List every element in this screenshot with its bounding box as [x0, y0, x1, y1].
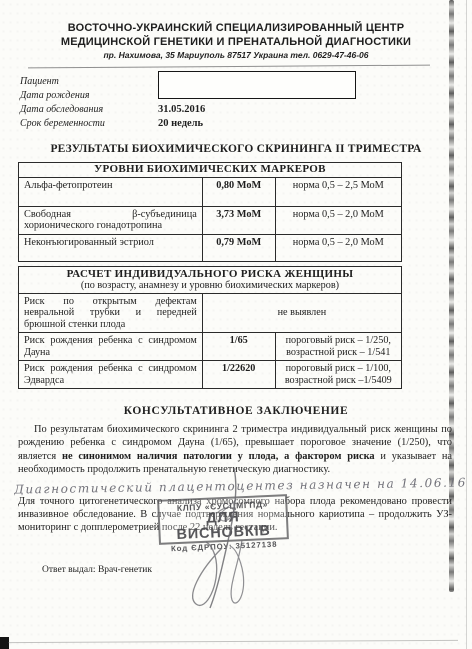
marker-norm: норма 0,5 – 2,0 МоМ	[275, 206, 401, 234]
risk-thresholds: пороговый риск – 1/100, возрастной риск …	[275, 361, 401, 389]
patient-field-value: 31.05.2016	[158, 104, 205, 115]
clinic-name-line1: ВОСТОЧНО-УКРАИНСКИЙ СПЕЦИАЛИЗИРОВАННЫЙ Ц…	[0, 22, 472, 36]
doctor-signature	[172, 462, 292, 617]
markers-table-header-row: УРОВНИ БИОХИМИЧЕСКИХ МАРКЕРОВ	[19, 163, 402, 178]
risk-table-subtitle: (по возрасту, анамнезу и уровню биохимич…	[21, 280, 399, 292]
marker-name: Неконъюгированный эстриол	[19, 234, 203, 261]
conclusion-p1-bold: не синонимом наличия патологии у плода, …	[62, 451, 375, 462]
header-divider	[28, 65, 430, 69]
patient-field-row: Срок беременности 20 недель	[20, 118, 472, 132]
signature-stroke	[230, 540, 244, 603]
marker-norm: норма 0,5 – 2,0 МоМ	[275, 234, 401, 261]
marker-value: 0,79 МоМ	[202, 234, 275, 261]
patient-data-redaction-box	[158, 71, 356, 99]
marker-row: Альфа-фетопротеин 0,80 МоМ норма 0,5 – 2…	[19, 177, 402, 206]
risk-result: не выявлен	[202, 293, 401, 333]
risk-name: Риск рождения ребенка с синдромом Дауна	[19, 333, 203, 361]
conclusion-title: КОНСУЛЬТАТИВНОЕ ЗАКЛЮЧЕНИЕ	[0, 405, 472, 417]
risk-value: 1/22620	[202, 361, 275, 389]
marker-value: 0,80 МоМ	[202, 177, 275, 206]
risk-threshold: пороговый риск – 1/100,	[281, 363, 396, 375]
patient-field-label: Срок беременности	[20, 118, 158, 129]
patient-field-row: Дата обследования 31.05.2016	[20, 104, 472, 118]
risk-age: возрастной риск – 1/541	[281, 347, 396, 359]
risk-row-down: Риск рождения ребенка с синдромом Дауна …	[19, 333, 402, 361]
scanned-document-page: ВОСТОЧНО-УКРАИНСКИЙ СПЕЦИАЛИЗИРОВАННЫЙ Ц…	[0, 0, 472, 649]
risk-table-header-row: РАСЧЕТ ИНДИВИДУАЛЬНОГО РИСКА ЖЕНЩИНЫ (по…	[19, 266, 402, 293]
marker-row: Неконъюгированный эстриол 0,79 МоМ норма…	[19, 234, 402, 261]
marker-row: Свободная β-субъединица хорионического г…	[19, 206, 402, 234]
risk-row-edwards: Риск рождения ребенка с синдромом Эдвард…	[19, 361, 402, 389]
clinic-header: ВОСТОЧНО-УКРАИНСКИЙ СПЕЦИАЛИЗИРОВАННЫЙ Ц…	[0, 0, 472, 60]
patient-field-label: Дата рождения	[20, 90, 158, 101]
clinic-address: пр. Нахимова, 35 Мариуполь 87517 Украина…	[0, 51, 472, 60]
marker-norm: норма 0,5 – 2,5 МоМ	[275, 177, 401, 206]
risk-row-ntd: Риск по открытым дефектам невральной тру…	[19, 293, 402, 333]
risk-name: Риск по открытым дефектам невральной тру…	[19, 293, 203, 333]
patient-field-value: 20 недель	[158, 118, 203, 129]
clinic-name-line2: МЕДИЦИНСКОЙ ГЕНЕТИКИ И ПРЕНАТАЛЬНОЙ ДИАГ…	[0, 36, 472, 50]
risk-threshold: пороговый риск – 1/250,	[281, 335, 396, 347]
risk-table-header-cell: РАСЧЕТ ИНДИВИДУАЛЬНОГО РИСКА ЖЕНЩИНЫ (по…	[19, 266, 402, 293]
risk-table-title: РАСЧЕТ ИНДИВИДУАЛЬНОГО РИСКА ЖЕНЩИНЫ	[21, 269, 399, 281]
marker-name: Альфа-фетопротеин	[19, 177, 203, 206]
patient-field-label: Пациент	[20, 76, 158, 87]
marker-name: Свободная β-субъединица хорионического г…	[19, 206, 203, 234]
results-title: РЕЗУЛЬТАТЫ БИОХИМИЧЕСКОГО СКРИНИНГА II Т…	[0, 143, 472, 155]
marker-value: 3,73 МоМ	[202, 206, 275, 234]
risk-value: 1/65	[202, 333, 275, 361]
individual-risk-table: РАСЧЕТ ИНДИВИДУАЛЬНОГО РИСКА ЖЕНЩИНЫ (по…	[18, 266, 402, 390]
markers-table-title: УРОВНИ БИОХИМИЧЕСКИХ МАРКЕРОВ	[19, 163, 402, 178]
signature-stroke	[193, 542, 222, 605]
biochemical-markers-table: УРОВНИ БИОХИМИЧЕСКИХ МАРКЕРОВ Альфа-фето…	[18, 162, 402, 262]
scan-artifact-bottom-line	[8, 640, 458, 643]
risk-thresholds: пороговый риск – 1/250, возрастной риск …	[275, 333, 401, 361]
risk-name: Риск рождения ребенка с синдромом Эдвард…	[19, 361, 203, 389]
patient-field-label: Дата обследования	[20, 104, 158, 115]
risk-age: возрастной риск –1/5409	[281, 375, 396, 387]
